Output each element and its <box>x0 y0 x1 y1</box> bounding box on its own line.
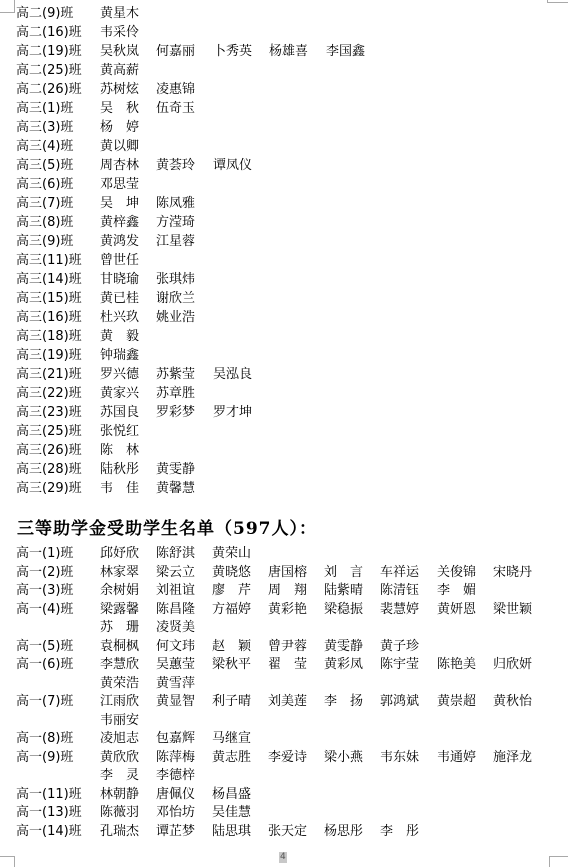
student-name: 黄荣浩 <box>100 675 152 694</box>
student-name: 黄已桂 <box>100 289 152 308</box>
student-name: 吴秋岚 <box>100 42 152 61</box>
student-name: 韦采伶 <box>100 23 152 42</box>
class-label: 高三(3)班 <box>16 118 73 137</box>
class-label: 高二(25)班 <box>16 61 82 80</box>
student-name: 黄家兴 <box>100 384 152 403</box>
student-name: 杨思彤 <box>324 823 376 842</box>
student-name: 姚业浩 <box>156 308 208 327</box>
student-name: 苏树炫 <box>100 80 152 99</box>
student-name: 陈萍梅 <box>156 749 208 768</box>
student-name: 杨雄喜 <box>269 42 321 61</box>
class-label: 高二(26)班 <box>16 80 82 99</box>
class-label: 高三(25)班 <box>16 422 82 441</box>
student-name: 方滢琦 <box>156 213 208 232</box>
student-name: 黄荟玲 <box>156 156 208 175</box>
class-label: 高二(16)班 <box>16 23 82 42</box>
class-label: 高三(19)班 <box>16 346 82 365</box>
class-label: 高一(6)班 <box>16 656 73 675</box>
student-name: 曾世任 <box>100 251 152 270</box>
student-name: 梁云立 <box>156 564 208 583</box>
class-label: 高三(18)班 <box>16 327 82 346</box>
student-name: 李德梓 <box>156 767 208 786</box>
student-name: 卜秀英 <box>213 42 265 61</box>
student-name: 梁秋平 <box>212 656 264 675</box>
page-corner-mark-top-right <box>547 0 568 3</box>
student-name: 黄馨慧 <box>156 479 208 498</box>
student-name: 陈艳美 <box>437 656 489 675</box>
student-name: 何文玮 <box>156 638 208 657</box>
third-class-grant-heading: 三等助学金受助学生名单（597人）： <box>17 514 317 539</box>
student-name: 陆秋彤 <box>100 460 152 479</box>
student-name: 黄晓悠 <box>212 564 264 583</box>
student-name: 唐佩仪 <box>156 786 208 805</box>
class-label: 高二(19)班 <box>16 42 82 61</box>
student-name: 唐国榕 <box>268 564 320 583</box>
class-label: 高三(7)班 <box>16 194 73 213</box>
student-name: 包嘉辉 <box>156 730 208 749</box>
student-name: 甘晓瑜 <box>100 270 152 289</box>
student-name: 罗兴德 <box>100 365 152 384</box>
student-name: 袁桐枫 <box>100 638 152 657</box>
student-name: 张琪炜 <box>156 270 208 289</box>
student-name: 李 灵 <box>100 767 152 786</box>
student-name: 江雨欣 <box>100 693 152 712</box>
student-name: 陈薇羽 <box>100 804 152 823</box>
student-name: 林家翠 <box>100 564 152 583</box>
class-label: 高一(14)班 <box>16 823 82 842</box>
student-name: 黄显智 <box>156 693 208 712</box>
page-number: 4 <box>279 852 287 863</box>
class-label: 高一(5)班 <box>16 638 73 657</box>
class-label: 高三(8)班 <box>16 213 73 232</box>
student-name: 方福婷 <box>212 601 264 620</box>
student-name: 赵 颖 <box>212 638 264 657</box>
class-label: 高三(28)班 <box>16 460 82 479</box>
student-name: 邓思莹 <box>100 175 152 194</box>
page-corner-mark-top-left <box>0 0 15 13</box>
class-label: 高三(29)班 <box>16 479 82 498</box>
class-label: 高三(1)班 <box>16 99 73 118</box>
class-label: 高一(8)班 <box>16 730 73 749</box>
class-label: 高一(3)班 <box>16 582 73 601</box>
student-name: 李 扬 <box>324 693 376 712</box>
class-label: 高一(7)班 <box>16 693 73 712</box>
class-label: 高三(6)班 <box>16 175 73 194</box>
student-name: 吴 秋 <box>100 99 152 118</box>
student-name: 马继宣 <box>212 730 264 749</box>
student-name: 谭芷梦 <box>156 823 208 842</box>
class-label: 高三(9)班 <box>16 232 73 251</box>
page-corner-mark-bottom-right <box>549 856 568 867</box>
student-name: 李 媚 <box>437 582 489 601</box>
student-name: 吴泓良 <box>213 365 265 384</box>
class-label: 高一(11)班 <box>16 786 82 805</box>
student-name: 梁小燕 <box>324 749 376 768</box>
class-label: 高三(15)班 <box>16 289 82 308</box>
student-name: 黄崇超 <box>437 693 489 712</box>
class-label: 高三(22)班 <box>16 384 82 403</box>
student-name: 李国鑫 <box>326 42 378 61</box>
student-name: 谭凤仪 <box>213 156 265 175</box>
student-name: 刘美莲 <box>268 693 320 712</box>
student-name: 梁露馨 <box>100 601 152 620</box>
student-name: 李爱诗 <box>268 749 320 768</box>
class-label: 高三(11)班 <box>16 251 82 270</box>
student-name: 韦东妹 <box>380 749 432 768</box>
student-name: 周 翔 <box>268 582 320 601</box>
student-name: 黄雯静 <box>324 638 376 657</box>
student-name: 关俊锦 <box>437 564 489 583</box>
student-name: 凌惠锦 <box>156 80 208 99</box>
class-label: 高一(4)班 <box>16 601 73 620</box>
student-name: 黄志胜 <box>212 749 264 768</box>
student-name: 黄鸿发 <box>100 232 152 251</box>
student-name: 梁世颖 <box>493 601 545 620</box>
student-name: 李 彤 <box>380 823 432 842</box>
student-name: 江星蓉 <box>156 232 208 251</box>
student-name: 陈 林 <box>100 441 152 460</box>
student-name: 韦通婷 <box>437 749 489 768</box>
student-name: 杨 婷 <box>100 118 152 137</box>
student-name: 黄欣欣 <box>100 749 152 768</box>
student-name: 张天定 <box>268 823 320 842</box>
class-label: 高二(9)班 <box>16 4 73 23</box>
student-name: 苏章胜 <box>156 384 208 403</box>
class-label: 高一(1)班 <box>16 545 73 564</box>
student-name: 苏国良 <box>100 403 152 422</box>
student-name: 黄以卿 <box>100 137 152 156</box>
student-name: 周杏林 <box>100 156 152 175</box>
student-name: 罗才坤 <box>213 403 265 422</box>
student-name: 杜兴玖 <box>100 308 152 327</box>
student-name: 凌旭志 <box>100 730 152 749</box>
student-name: 陈凤雅 <box>156 194 208 213</box>
student-name: 余树娟 <box>100 582 152 601</box>
student-name: 钟瑞鑫 <box>100 346 152 365</box>
student-name: 谢欣兰 <box>156 289 208 308</box>
student-name: 宋晓丹 <box>493 564 545 583</box>
student-name: 施泽龙 <box>493 749 545 768</box>
student-name: 邓怡坊 <box>156 804 208 823</box>
student-name: 黄雪萍 <box>156 675 208 694</box>
student-name: 吴佳慧 <box>212 804 264 823</box>
student-name: 黄梓鑫 <box>100 213 152 232</box>
student-name: 何嘉丽 <box>156 42 208 61</box>
student-name: 曾尹蓉 <box>268 638 320 657</box>
student-name: 陆紫晴 <box>324 582 376 601</box>
student-name: 张悦红 <box>100 422 152 441</box>
student-name: 黄彩艳 <box>268 601 320 620</box>
student-name: 杨昌盛 <box>212 786 264 805</box>
student-name: 黄 毅 <box>100 327 152 346</box>
student-name: 黄妍恩 <box>437 601 489 620</box>
student-name: 陈舒淇 <box>156 545 208 564</box>
student-name: 苏 珊 <box>100 619 152 638</box>
class-label: 高三(14)班 <box>16 270 82 289</box>
class-label: 高一(9)班 <box>16 749 73 768</box>
student-name: 伍奇玉 <box>156 99 208 118</box>
student-name: 黄星木 <box>100 4 152 23</box>
student-name: 梁稳振 <box>324 601 376 620</box>
student-name: 陈昌隆 <box>156 601 208 620</box>
student-name: 黄雯静 <box>156 460 208 479</box>
page-corner-mark-bottom-left <box>0 856 15 867</box>
student-name: 车祥运 <box>380 564 432 583</box>
student-name: 归欣妍 <box>493 656 545 675</box>
student-name: 吴 坤 <box>100 194 152 213</box>
class-label: 高一(13)班 <box>16 804 82 823</box>
student-name: 韦丽安 <box>100 712 152 731</box>
student-name: 刘 言 <box>324 564 376 583</box>
student-name: 吴蕙莹 <box>156 656 208 675</box>
student-name: 黄子珍 <box>380 638 432 657</box>
class-label: 高三(21)班 <box>16 365 82 384</box>
student-name: 翟 莹 <box>268 656 320 675</box>
student-name: 裴慧婷 <box>380 601 432 620</box>
student-name: 陆思琪 <box>212 823 264 842</box>
class-label: 高一(2)班 <box>16 564 73 583</box>
student-name: 邱妤欣 <box>100 545 152 564</box>
student-name: 刘祖谊 <box>156 582 208 601</box>
student-name: 黄荣山 <box>212 545 264 564</box>
class-label: 高三(5)班 <box>16 156 73 175</box>
class-label: 高三(4)班 <box>16 137 73 156</box>
student-name: 郭鸿斌 <box>380 693 432 712</box>
student-name: 韦 佳 <box>100 479 152 498</box>
class-label: 高三(23)班 <box>16 403 82 422</box>
student-name: 利子晴 <box>212 693 264 712</box>
student-name: 廖 芹 <box>212 582 264 601</box>
student-name: 罗彩梦 <box>156 403 208 422</box>
student-name: 孔瑞杰 <box>100 823 152 842</box>
student-name: 林朝静 <box>100 786 152 805</box>
student-name: 陈清钰 <box>380 582 432 601</box>
student-name: 李慧欣 <box>100 656 152 675</box>
class-label: 高三(16)班 <box>16 308 82 327</box>
student-name: 苏紫莹 <box>156 365 208 384</box>
student-name: 陈宇莹 <box>380 656 432 675</box>
student-name: 凌贤美 <box>156 619 208 638</box>
student-name: 黄彩凤 <box>324 656 376 675</box>
student-name: 黄秋怡 <box>493 693 545 712</box>
class-label: 高三(26)班 <box>16 441 82 460</box>
student-name: 黄高薪 <box>100 61 152 80</box>
